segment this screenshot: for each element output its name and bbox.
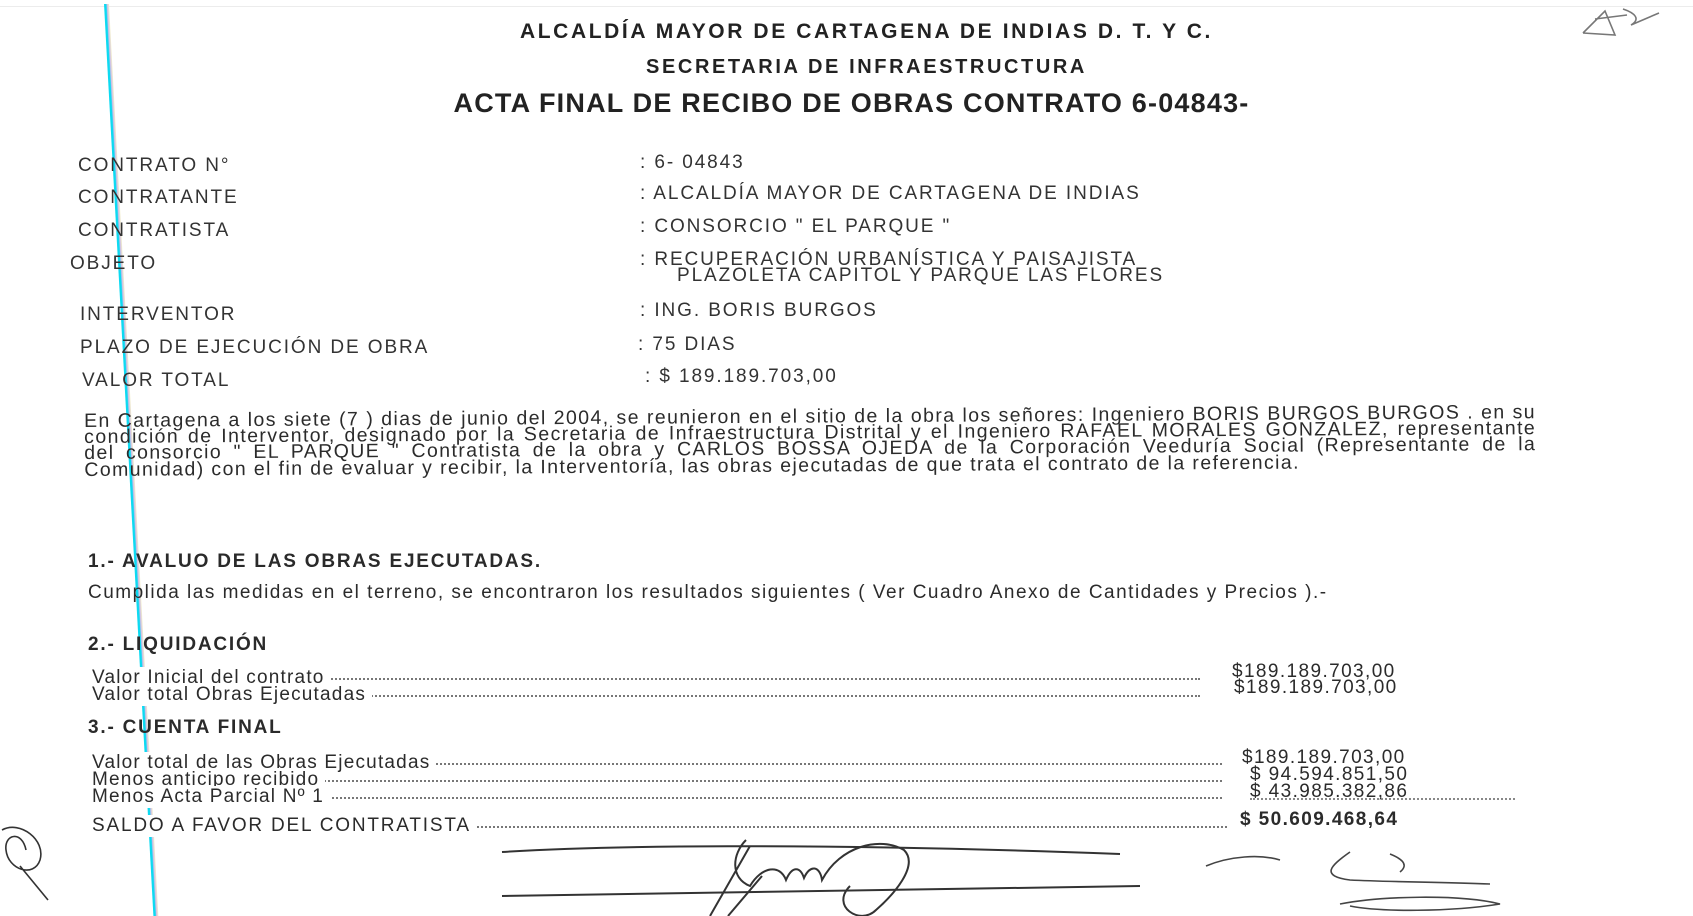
field-value-plazo: : 75 DIAS	[638, 334, 736, 356]
field-label-contratante: CONTRATANTE	[78, 187, 239, 209]
field-label-contrato: CONTRATO N°	[78, 155, 230, 177]
field-label-interventor: INTERVENTOR	[80, 304, 236, 326]
final-account-row: Menos Acta Parcial Nº 1 $ 43.985.382,86	[92, 786, 1512, 804]
field-value-valor-total: : $ 189.189.703,00	[645, 366, 838, 388]
document-title: ACTA FINAL DE RECIBO DE OBRAS CONTRATO 6…	[0, 88, 1693, 119]
balance-total-row: SALDO A FAVOR DEL CONTRATISTA $ 50.609.4…	[92, 815, 1512, 833]
field-value-objeto-line2: PLAZOLETA CAPITOL Y PARQUE LAS FLORES	[677, 265, 1164, 287]
section1-title: 1.- AVALUO DE LAS OBRAS EJECUTADAS.	[88, 551, 542, 573]
page-top-edge	[0, 6, 1693, 7]
field-label-valor-total: VALOR TOTAL	[82, 370, 230, 392]
signature-right-icon	[1200, 846, 1580, 916]
field-label-plazo: PLAZO DE EJECUCIÓN DE OBRA	[80, 337, 429, 359]
header-municipality: ALCALDÍA MAYOR DE CARTAGENA DE INDIAS D.…	[0, 20, 1693, 44]
row-label: SALDO A FAVOR DEL CONTRATISTA	[92, 815, 477, 837]
signature-center-icon	[500, 836, 1220, 916]
field-value-contratante: : ALCALDÍA MAYOR DE CARTAGENA DE INDIAS	[640, 183, 1141, 205]
field-value-contrato: : 6- 04843	[640, 152, 745, 174]
header-secretariat: SECRETARIA DE INFRAESTRUCTURA	[0, 56, 1693, 79]
field-value-contratista: : CONSORCIO " EL PARQUE "	[640, 216, 951, 238]
signature-left-margin-icon	[0, 820, 70, 916]
section3-title: 3.- CUENTA FINAL	[88, 717, 283, 739]
field-value-interventor: : ING. BORIS BURGOS	[640, 300, 878, 322]
intro-paragraph: En Cartagena a los siete (7 ) dias de ju…	[84, 404, 1536, 478]
field-label-objeto: OBJETO	[70, 253, 157, 275]
section2-title: 2.- LIQUIDACIÓN	[88, 634, 268, 656]
field-label-contratista: CONTRATISTA	[78, 220, 230, 242]
scanned-document-page: ALCALDÍA MAYOR DE CARTAGENA DE INDIAS D.…	[0, 0, 1693, 916]
liquidation-row: Valor total Obras Ejecutadas $189.189.70…	[92, 684, 1512, 702]
row-label: Menos Acta Parcial Nº 1	[92, 786, 330, 808]
row-amount: $189.189.703,00	[1234, 677, 1398, 699]
sum-divider	[1250, 798, 1515, 800]
section1-text: Cumplida las medidas en el terreno, se e…	[88, 584, 1538, 601]
row-label: Valor total Obras Ejecutadas	[92, 684, 372, 706]
row-amount: $ 50.609.468,64	[1240, 809, 1398, 831]
